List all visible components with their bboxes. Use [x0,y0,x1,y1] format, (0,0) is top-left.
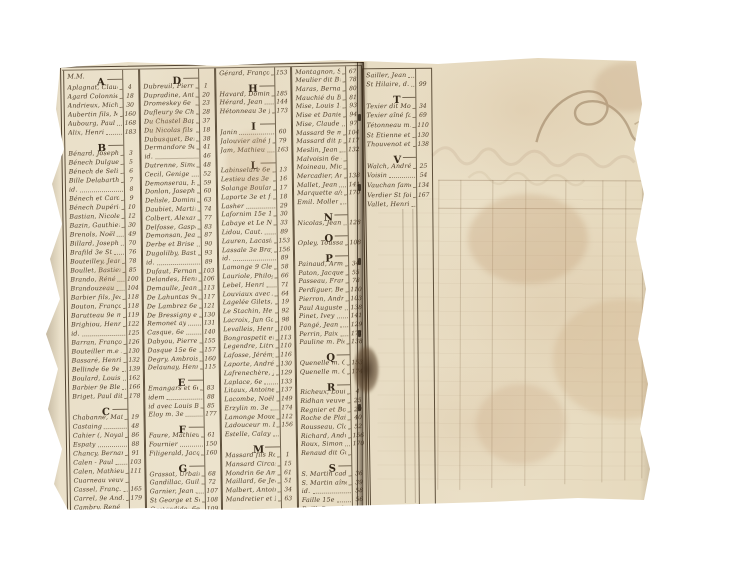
entry-name: Calen - Paul [73,459,113,467]
dotted-leader [277,427,279,428]
dotted-leader [124,398,126,399]
entry-name: id avec Louis Boulard [148,402,198,410]
entry-page-number: 60 [276,128,289,135]
paper-stain [553,299,693,419]
entry-name: Dugolilby, Bastien [146,250,196,258]
section-letter: D [172,76,182,87]
entry-page-number: 179 [130,495,143,502]
entry-name: Faille 15e [302,496,335,504]
dotted-leader [348,428,350,429]
index-section-header: G [146,456,220,469]
index-entry: Dabyou, Pierre155 [144,335,218,345]
dotted-leader [271,74,273,75]
entry-name: Tétonneau m.d. [367,122,411,129]
entry-name: Dabyou, Pierre [147,338,197,346]
dotted-leader [196,123,198,124]
entry-page-number: 74 [201,205,214,212]
entry-page-number: 13 [277,167,290,174]
index-entry: Aubourg, Paul168 [65,118,139,128]
dotted-leader [122,227,124,228]
entry-name: Derbe et Brise [146,241,195,249]
dotted-leader [200,407,202,408]
index-section-header: D [140,68,214,81]
entry-name: Delfosse, Gaspard [146,223,196,231]
index-entry: Billard, Joseph70 [67,238,141,248]
index-entry: Lassale 3e Braye156 [219,244,293,254]
entry-page-number: 185 [275,90,288,97]
paper-stain [146,112,190,144]
dotted-leader [120,98,122,99]
entry-page-number: 110 [279,342,292,349]
entry-page-number: 157 [203,346,216,353]
header-rule [189,427,204,428]
dotted-leader [199,290,201,291]
index-entry: Lamonge 9 Clemargy58 [219,261,293,271]
entry-name: Legendre, Litroy [223,343,273,351]
entry-name: Le Stachin, Henri [223,308,273,316]
dotted-leader [341,203,347,204]
entry-page-number: 48 [201,161,214,168]
entry-name: Litaux, Antoine [224,387,274,395]
index-entry: Mauchié du Breton81 [292,92,361,102]
index-entry: Lauriole, Philoge66 [219,270,293,280]
entry-page-number: 48 [129,423,142,430]
index-section-header: C [69,400,143,413]
dotted-leader [126,482,128,483]
index-entry: Mandretier et Marchault63 [223,493,297,503]
index-entry: Delfosse, Gaspard83 [142,221,216,231]
entry-name: Moineau, Michel [297,164,342,172]
dotted-leader [348,420,350,421]
entry-page-number: 162 [128,375,141,382]
entry-page-number: 155 [203,337,216,344]
dotted-leader [349,484,351,485]
dotted-leader [347,364,349,365]
entry-page-number: 16 [277,175,290,182]
index-entry: Lafrenechère, Joseph129 [221,367,295,377]
entry-page-number: 113 [202,284,215,291]
entry-name: Dutrenne, Simon [145,162,195,170]
entry-page-number: 130 [280,360,293,367]
entry-name: Lagelée Gilets, Florin [223,299,273,307]
index-entry: De Lambrez 6e Ricardan121 [144,300,218,310]
entry-name: Laporte, André [224,360,274,368]
dotted-leader [337,317,348,318]
dotted-leader [117,125,122,126]
entry-page-number: 91 [129,450,142,457]
index-entry: Aubertin fils, Michel160 [65,109,139,119]
dotted-leader [125,419,127,420]
entry-page-number: 100 [279,325,292,332]
dotted-leader [413,127,415,128]
dotted-leader [343,224,346,225]
entry-name: Chabanne, Mathy [73,414,123,422]
dotted-leader [121,245,124,246]
entry-name: Malvoisin 6e Congin [296,155,341,163]
entry-page-number: 6 [125,168,138,175]
entry-name: Marquette a/s [297,190,342,198]
stitch-mark [358,258,361,265]
entry-name: Walch, André [367,163,411,170]
dotted-leader [276,357,278,358]
header-rule [337,384,350,385]
paper-stain [594,62,664,112]
index-entry: Calen, Mathieu111 [70,466,144,476]
entry-name: Paul Auguste [299,304,343,312]
dotted-leader [343,99,345,100]
section-letter: V [393,155,402,166]
dotted-leader [202,484,204,485]
entry-name: idem [148,394,164,401]
index-section-header: M [222,437,296,450]
dotted-leader [343,134,345,135]
header-rule [183,78,198,79]
entry-page-number: 19 [279,298,292,305]
index-entry: Mise et Daniel94 [293,109,362,119]
header-rule [403,157,416,158]
entry-name: id. [222,255,231,262]
entry-name: De Lahuntas 9e Combatte [147,294,197,302]
index-section-header: V [364,148,432,161]
entry-page-number: 165 [130,486,143,493]
entry-page-number: 122 [127,321,140,328]
index-entry: Bille Delabarthe, d.7 [66,175,140,185]
index-entry: Bénech Dupérié10 [66,202,140,212]
dotted-leader [200,351,202,352]
index-entry: Texier aîné fami69 [363,109,431,119]
entry-name: Mandretier et Marchault [226,496,276,504]
index-entry: Bazin, Gauthier30 [66,220,140,230]
entry-name: Roux, Simon [301,441,343,449]
dotted-leader [122,389,126,390]
entry-name: Lebel, Henri [222,281,264,289]
dotted-leader [117,236,124,237]
entry-name: Bouteiller m.e Louise [71,348,121,356]
entry-page-number: 88 [204,393,217,400]
dotted-leader [121,164,123,165]
entry-page-number: 49 [126,231,139,238]
dotted-leader [126,500,128,501]
entry-name: Faure, Mathieu [149,432,199,440]
entry-page-number: 83 [204,384,217,391]
dotted-leader [274,242,276,243]
entry-page-number: 38 [200,135,213,142]
entry-page-number: 130 [417,131,430,138]
dotted-leader [201,475,203,476]
dotted-leader [197,167,199,168]
dotted-leader [413,187,415,188]
paper-stain [96,252,128,294]
index-entry: Cahier (, Noyal)86 [70,430,144,440]
entry-page-number: 83 [202,223,215,230]
entry-page-number: 63 [201,197,214,204]
entry-page-number: 34 [282,486,295,493]
index-section-header: T [363,88,431,101]
dotted-leader [266,286,276,287]
index-entry: Colbert, Alexandre77 [142,212,216,222]
entry-name: Mise et Daniel [296,111,341,119]
dotted-leader [345,446,350,447]
header-rule [189,465,204,466]
entry-page-number: 58 [278,263,291,270]
entry-name: Massard dit puits fils [296,138,341,146]
dotted-leader [413,196,415,197]
dotted-leader [342,82,344,83]
entry-name: Hérard, Jean [220,99,263,107]
index-entry: Donlon, Joseph60 [142,186,216,196]
index-entry: Bastian, Nicole12 [66,211,140,221]
entry-name: Ridhan veuve fois [300,397,345,405]
dotted-leader [122,371,126,372]
dotted-leader [265,233,276,234]
entry-name: Lamonge 9 Clemargy [222,264,272,272]
entry-page-number: 160 [124,111,137,118]
dotted-leader [342,90,344,91]
index-column-5: Sailler, JeanSt Hilaire, d.99TTexier dit… [363,69,435,508]
index-entry: Dromeskey 6e Vicomte23 [141,98,215,108]
dotted-leader [120,155,122,156]
entry-name: Mise, Claude [296,120,340,128]
entry-page-number: 76 [126,249,139,256]
entry-name: De Bressigny et Chautière [147,311,197,319]
dotted-leader [200,390,202,391]
index-entry: Mise, Claude97 [293,118,362,128]
index-entry: Bongrospetit et P. Luzard113 [220,332,294,342]
header-rule [107,79,122,80]
index-entry: Mondrin 6e Amorand61 [222,467,296,477]
entry-name: Demonsan, Jean [146,232,196,240]
entry-page-number: 30 [124,102,137,109]
dotted-leader [276,400,278,401]
dotted-leader [196,246,199,247]
index-entry: Daubiet, Martin74 [142,203,216,213]
entry-page-number: 33 [277,219,290,226]
entry-name: Lafornim 15e 1803 [221,211,271,219]
entry-page-number: 59 [201,179,214,186]
header-rule [337,355,350,356]
entry-name: Pangé, Jean [299,321,338,329]
dotted-leader [275,348,277,349]
entry-page-number: 30 [277,211,290,218]
entry-page-number: 52 [201,170,214,177]
index-entry: Dasque 15e 6e Fancy157 [144,344,218,354]
entry-name: Gastandide, 6e [150,505,200,512]
entry-name: Montagnon, Simon [295,68,340,76]
index-entry: Dupradine, Ant.20 [140,89,214,99]
dotted-leader [413,117,415,118]
dotted-leader [196,114,198,115]
section-letter: S [329,464,337,475]
entry-name: Louviaux avec Athenas [223,290,273,298]
dotted-leader [272,113,274,114]
entry-name: St Étienne et Rolland [367,131,411,138]
entry-page-number: 1 [199,82,212,89]
entry-name: Andrieux, Michel [68,102,118,110]
index-entry: Cecil, Genige52 [142,168,216,178]
entry-page-number: 131 [203,320,216,327]
entry-name: Dupradine, Ant. [143,91,193,99]
entry-name: Maillard, 6e Jean [226,478,276,486]
dotted-leader [123,326,125,327]
dotted-leader [274,225,276,226]
dotted-leader [412,206,416,207]
dotted-leader [202,510,204,511]
section-letter: G [179,464,189,475]
index-entry: Meulier dit Bretigny 6e78 [292,75,361,85]
index-entry: Louviaux avec Athenas64 [220,288,294,298]
index-entry: Voisin54 [364,169,432,179]
entry-name: Bouton, François [71,303,121,311]
entry-name: Mauchié du Breton [296,94,341,102]
index-entry: Sailler, Jean [363,69,431,79]
dotted-leader [198,237,200,238]
index-entry: Boulard, Louis162 [69,373,143,383]
index-entry: Laporte, André130 [221,358,295,368]
dotted-leader [343,142,345,143]
dotted-leader [272,142,274,143]
dotted-leader [123,299,125,300]
dotted-leader [343,116,345,117]
dotted-leader [278,483,280,484]
dotted-leader [198,255,200,256]
entry-name: Erzylin m. 3e [224,404,268,412]
index-entry: Mise, Louis 15e93 [293,101,362,111]
index-entry: Demonsan, Jean87 [143,230,217,240]
index-entry: St Hilaire, d.99 [363,78,431,88]
entry-name: Dromeskey 6e Vicomte [144,100,194,108]
entry-page-number: 9 [125,195,138,202]
stitch-mark [358,330,361,337]
entry-page-number: 8 [125,186,138,193]
index-entry: Brenols, Noël49 [67,229,141,239]
index-entry: Barbier fils, Jeangapie118 [68,292,142,302]
dotted-leader [339,186,346,187]
index-entry: Lafosse, Jérémy Dragons116 [221,349,295,359]
entry-page-number: 132 [128,357,141,364]
dotted-leader [123,362,125,363]
index-entry: Demaulle, Jean-Bap 9e113 [143,283,217,293]
entry-name: Delandes, Henri [146,276,196,284]
entry-name: id. [69,187,78,194]
dotted-leader [196,131,198,132]
index-entry: Dugolilby, Bastien93 [143,247,217,257]
entry-name: Brenols, Noël [70,231,116,239]
entry-name: Aubourg, Paul [68,120,115,128]
section-letter: P [325,254,334,265]
index-section-header: B [65,136,139,149]
entry-page-number: 150 [205,440,218,447]
entry-name: Barbier 9e Ble [72,384,120,392]
index-entry: Degry, Ambroise160 [145,353,219,363]
paper-stain [468,194,588,284]
entry-name: Massard 9e m. Marie fils [296,129,341,137]
entry-name: Bille Delabarthe, d. [69,177,119,185]
dotted-leader [275,339,277,340]
entry-page-number: 1 [281,451,294,458]
dotted-leader [125,437,127,438]
entry-page-number: 12 [125,213,138,220]
section-letter: H [248,83,259,94]
header-rule [188,380,203,381]
entry-name: Laporte 3e et fils [221,193,271,201]
index-section-header: H [216,76,290,89]
entry-name: Quenelle m. Claire [300,359,345,367]
dotted-leader [277,418,279,419]
entry-page-number: 103 [202,267,215,274]
dotted-leader [273,436,279,437]
dotted-leader [199,342,201,343]
entry-name: Regnier et Bouteilley [300,406,345,414]
index-entry: Massard dit puits fils117 [293,136,362,146]
dotted-leader [198,281,200,282]
entry-name: Maras, Bernard [295,85,340,93]
dotted-leader [342,125,345,126]
entry-name: Chancy, Bernard [73,450,123,458]
entry-page-number: 71 [278,281,291,288]
dotted-leader [201,454,203,455]
entry-page-number: 112 [281,413,294,420]
entry-page-number: 19 [128,414,141,421]
dotted-leader [273,181,275,182]
dotted-leader [342,73,344,74]
dotted-leader [119,89,121,90]
index-entry: Massard 9e m. Marie fils104 [293,127,362,137]
entry-page-number: 61 [205,432,218,439]
dotted-leader [202,502,204,503]
entry-name: Bénech Dupérié [69,204,119,212]
dotted-leader [413,168,415,169]
entry-name: Demonserau, Henri [145,179,195,187]
header-rule [260,124,275,125]
dotted-leader [196,493,204,494]
entry-page-number: 92 [279,307,292,314]
dotted-leader [345,274,347,275]
dotted-leader [197,211,199,212]
entry-page-number: 85 [204,402,217,409]
dotted-leader [200,360,202,361]
dotted-leader [344,195,346,196]
entry-name: Agard Colonnier 6me [67,93,117,101]
entry-page-number: 37 [200,117,213,124]
index-entry: De Lahuntas 9e Combatte117 [144,291,218,301]
entry-page-number: 139 [128,366,141,373]
dotted-leader [198,228,200,229]
index-entry: Chancy, Bernard91 [70,448,144,458]
dotted-leader [277,465,279,466]
dotted-leader [199,299,201,300]
entry-page-number: 109 [206,505,219,512]
entry-name: Mise, Louis 15e [296,103,341,111]
entry-page-number: 133 [280,378,293,385]
dotted-leader [340,335,348,336]
index-entry: Cambry, René [71,501,145,511]
index-entry: Agard Colonnier 6me18 [64,91,138,101]
entry-name: Delisle, Dominique [145,197,195,205]
entry-page-number: 5 [124,159,137,166]
entry-name: Paton, Jacques [298,269,343,277]
manuscript-document: M.M.AAplagnat, Claude4Agard Colonnier 6m… [38,54,660,516]
entry-page-number: 89 [202,258,215,265]
entry-name: Bellinde 6e 9e [72,366,120,374]
dotted-leader [265,104,274,105]
stitch-mark [358,184,361,191]
grid-line [641,180,643,478]
index-top-label: M.M. [67,72,85,80]
entry-page-number: 149 [280,395,293,402]
entry-name: Lidou, Caut. [222,229,263,237]
entry-page-number: 130 [127,348,140,355]
dotted-leader [121,209,123,210]
